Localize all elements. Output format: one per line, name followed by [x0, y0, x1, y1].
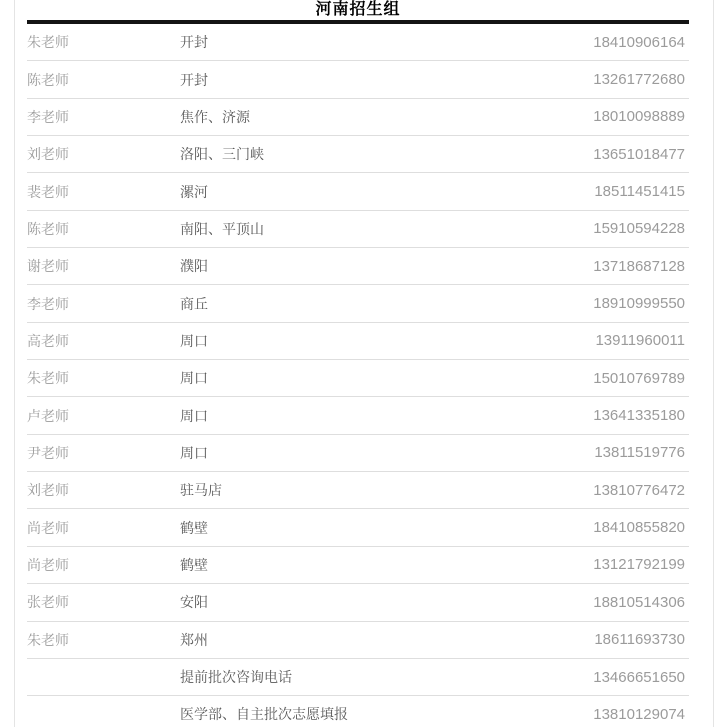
phone-number: 15010769789: [593, 370, 689, 387]
teacher-name: 尚老师: [27, 518, 180, 538]
table-row: 刘老师 洛阳、三门峡 13651018477: [27, 136, 689, 173]
phone-number: 13466651650: [593, 669, 689, 686]
phone-number: 18410906164: [593, 34, 689, 51]
phone-number: 13261772680: [593, 71, 689, 88]
table-row: 医学部、自主批次志愿填报 13810129074: [27, 696, 689, 727]
city-name: 鹤壁: [180, 555, 593, 575]
teacher-name: 陈老师: [27, 219, 180, 239]
phone-number: 13121792199: [593, 556, 689, 573]
phone-number: 13911960011: [595, 332, 689, 349]
table-row: 朱老师 开封 18410906164: [27, 24, 689, 61]
phone-number: 18611693730: [594, 631, 689, 648]
teacher-name: 朱老师: [27, 630, 180, 650]
teacher-name: 刘老师: [27, 480, 180, 500]
city-name: 漯河: [180, 182, 594, 202]
teacher-name: 谢老师: [27, 256, 180, 276]
table-area: 河南招生组 朱老师 开封 18410906164 陈老师 开封 13261772…: [15, 0, 713, 727]
phone-number: 13810129074: [593, 706, 689, 723]
city-name: 驻马店: [180, 480, 593, 500]
city-name: 开封: [180, 70, 593, 90]
teacher-name: 尹老师: [27, 443, 180, 463]
teacher-name: 尚老师: [27, 555, 180, 575]
teacher-name: 朱老师: [27, 32, 180, 52]
table-row: 尹老师 周口 13811519776: [27, 435, 689, 472]
table-row: 谢老师 濮阳 13718687128: [27, 248, 689, 285]
city-name: 周口: [180, 368, 593, 388]
city-name: 周口: [180, 406, 593, 426]
city-name: 鹤壁: [180, 518, 593, 538]
phone-number: 18410855820: [593, 519, 689, 536]
teacher-name: 李老师: [27, 107, 180, 127]
city-name: 商丘: [180, 294, 593, 314]
table-row: 卢老师 周口 13641335180: [27, 397, 689, 434]
table-row: 陈老师 开封 13261772680: [27, 61, 689, 98]
city-name: 提前批次咨询电话: [180, 667, 593, 687]
table-row: 陈老师 南阳、平顶山 15910594228: [27, 211, 689, 248]
phone-number: 18010098889: [593, 108, 689, 125]
teacher-name: 李老师: [27, 294, 180, 314]
city-name: 洛阳、三门峡: [180, 144, 593, 164]
table-title: 河南招生组: [27, 0, 689, 24]
table-row: 尚老师 鹤壁 18410855820: [27, 509, 689, 546]
table-row: 尚老师 鹤壁 13121792199: [27, 547, 689, 584]
table-row: 裴老师 漯河 18511451415: [27, 173, 689, 210]
phone-number: 13811519776: [594, 444, 689, 461]
table-row: 朱老师 周口 15010769789: [27, 360, 689, 397]
phone-number: 18810514306: [593, 594, 689, 611]
city-name: 濮阳: [180, 256, 593, 276]
table-row: 刘老师 驻马店 13810776472: [27, 472, 689, 509]
table-row: 李老师 商丘 18910999550: [27, 285, 689, 322]
table-row: 提前批次咨询电话 13466651650: [27, 659, 689, 696]
phone-number: 13651018477: [593, 146, 689, 163]
city-name: 周口: [180, 443, 594, 463]
contact-table-panel: 河南招生组 朱老师 开封 18410906164 陈老师 开封 13261772…: [14, 0, 714, 727]
contact-table: 朱老师 开封 18410906164 陈老师 开封 13261772680 李老…: [27, 24, 689, 727]
phone-number: 13718687128: [593, 258, 689, 275]
teacher-name: 张老师: [27, 592, 180, 612]
teacher-name: 卢老师: [27, 406, 180, 426]
teacher-name: 陈老师: [27, 70, 180, 90]
city-name: 开封: [180, 32, 593, 52]
city-name: 医学部、自主批次志愿填报: [180, 704, 593, 724]
city-name: 郑州: [180, 630, 594, 650]
phone-number: 15910594228: [593, 220, 689, 237]
phone-number: 18910999550: [593, 295, 689, 312]
phone-number: 18511451415: [594, 183, 689, 200]
teacher-name: 朱老师: [27, 368, 180, 388]
city-name: 安阳: [180, 592, 593, 612]
teacher-name: 刘老师: [27, 144, 180, 164]
phone-number: 13810776472: [593, 482, 689, 499]
phone-number: 13641335180: [593, 407, 689, 424]
city-name: 焦作、济源: [180, 107, 593, 127]
table-row: 张老师 安阳 18810514306: [27, 584, 689, 621]
city-name: 南阳、平顶山: [180, 219, 593, 239]
table-row: 李老师 焦作、济源 18010098889: [27, 99, 689, 136]
table-row: 朱老师 郑州 18611693730: [27, 622, 689, 659]
table-row: 高老师 周口 13911960011: [27, 323, 689, 360]
teacher-name: 裴老师: [27, 182, 180, 202]
teacher-name: 高老师: [27, 331, 180, 351]
city-name: 周口: [180, 331, 595, 351]
